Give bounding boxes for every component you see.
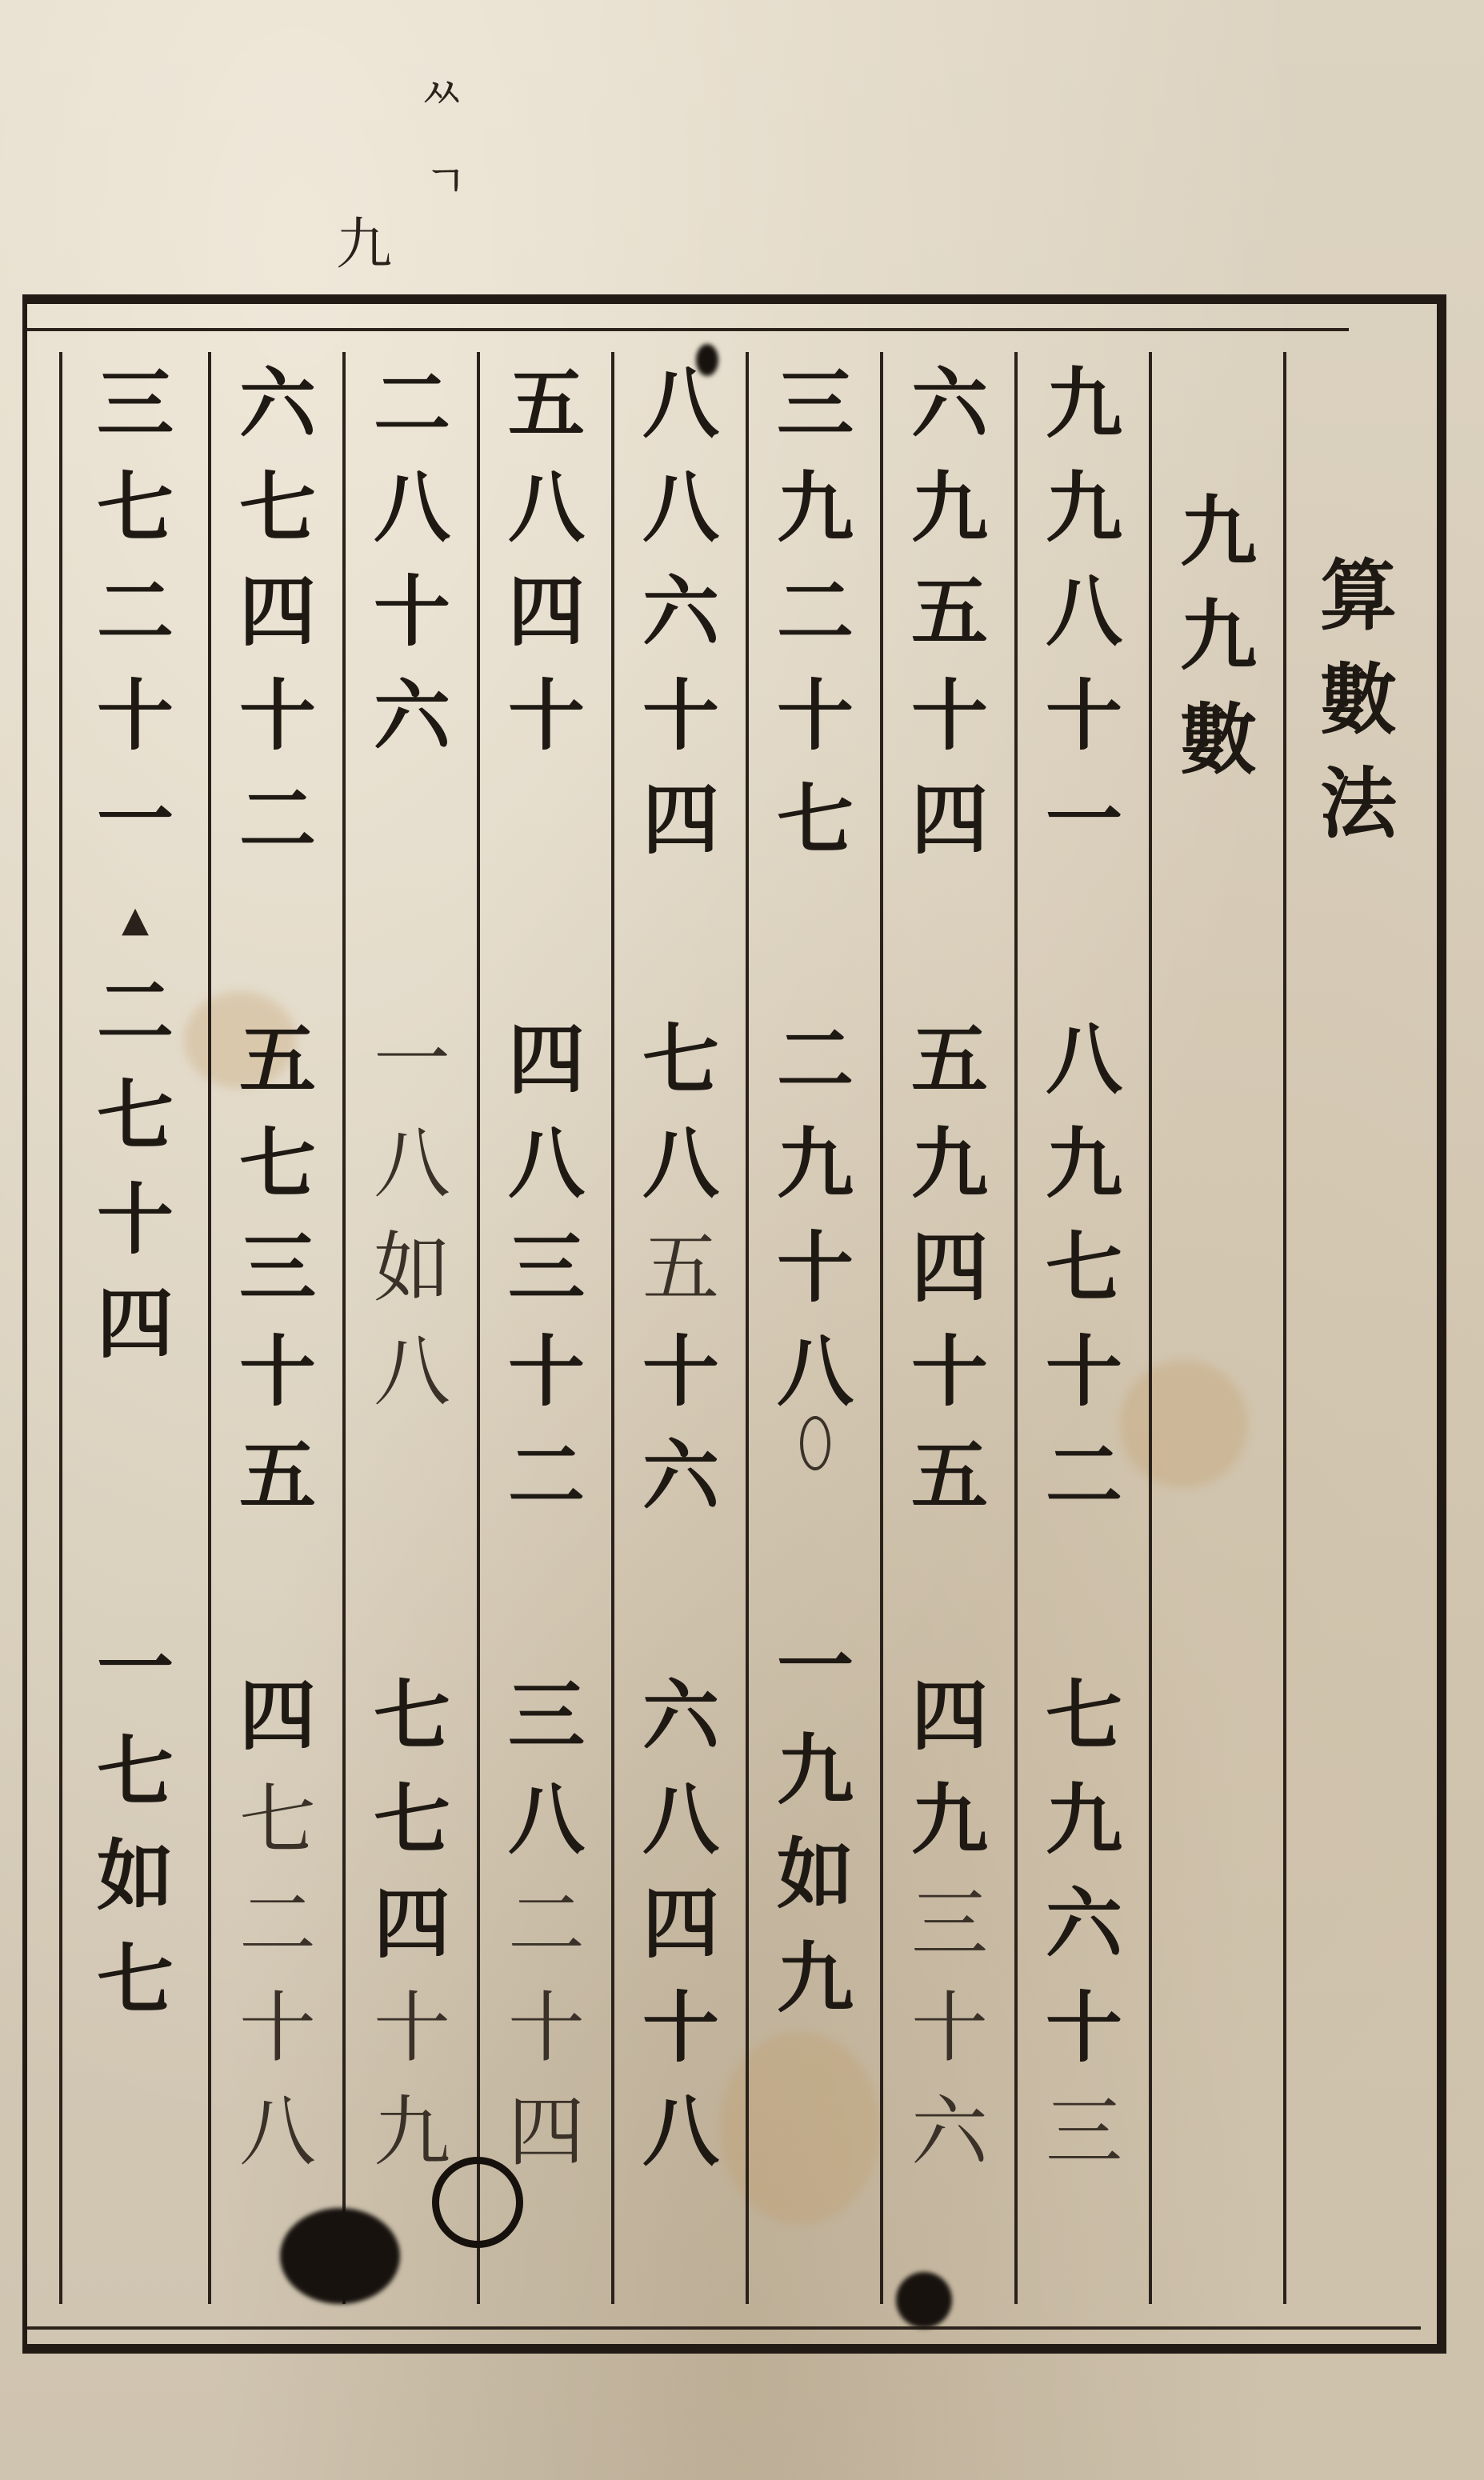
char: 九 [1024, 456, 1144, 560]
subtitle-column: 九 九 數 [1149, 352, 1285, 2304]
char: 十 [352, 560, 472, 664]
char: 四 [75, 1272, 195, 1376]
char: 十 [890, 1320, 1010, 1424]
char: 二 [486, 1424, 606, 1528]
char: 六 [621, 560, 741, 664]
char: 四 [218, 1664, 338, 1768]
entry-6x8: 六 八 四 十 八 [621, 1664, 741, 2184]
frame-inner-top-rule [27, 328, 1349, 331]
char: 十 [755, 664, 875, 768]
char: 四 [890, 1664, 1010, 1768]
char: 四 [486, 560, 606, 664]
char: 八 [621, 352, 741, 456]
char: 六 [1024, 1872, 1144, 1976]
char: 八 [621, 1768, 741, 1872]
char: 十 [218, 664, 338, 768]
frame-inner-bottom-rule [27, 2326, 1421, 2330]
char: 五 [890, 560, 1010, 664]
char: 七 [75, 1928, 195, 2032]
char: 十 [621, 1320, 741, 1424]
entry-8x9: 八 九 七 十 二 [1024, 1008, 1144, 1528]
char: 八 [352, 1320, 472, 1424]
char: 八 [1024, 560, 1144, 664]
char: 三 [1024, 2080, 1144, 2184]
char: 十 [486, 1976, 606, 2080]
char: 三 [755, 352, 875, 456]
char: 四 [352, 1872, 472, 1976]
char: 四 [218, 560, 338, 664]
entry-5x7: 五 七 三 十 五 [218, 1008, 338, 1528]
big-circle-mark [432, 2157, 523, 2248]
ink-blot [280, 2208, 400, 2304]
small-circle-mark [800, 1416, 830, 1470]
char: 九 [1024, 352, 1144, 456]
entry-1x7: 一 七 如 七 [75, 1616, 195, 2032]
char: 九 [755, 1926, 875, 2030]
char: 七 [218, 456, 338, 560]
char: 八 [352, 1112, 472, 1216]
char: 五 [890, 1008, 1010, 1112]
char: 九 [1024, 1112, 1144, 1216]
char: 八 [755, 1320, 875, 1424]
char: 七 [75, 1064, 195, 1168]
subtitle-char: 九 [1158, 480, 1278, 584]
char: 十 [621, 1976, 741, 2080]
table-column-4: 八 八 六 十 四 七 八 五 十 六 六 八 四 十 八 [611, 352, 747, 2304]
entry-2x7: 二 七 十 四 [75, 960, 195, 1376]
entry-4x8: 四 八 三 十 二 [486, 1008, 606, 1528]
table-column-7: 六 七 四 十 二 五 七 三 十 五 四 七 二 十 八 [208, 352, 344, 2304]
char: 七 [755, 768, 875, 872]
char: 十 [218, 1976, 338, 2080]
char: 九 [1024, 1768, 1144, 1872]
char: 五 [218, 1424, 338, 1528]
char: 六 [890, 2080, 1010, 2184]
char: 九 [755, 1718, 875, 1822]
char: 十 [890, 1976, 1010, 2080]
title-char: 數 [1298, 648, 1418, 752]
char: 十 [755, 1216, 875, 1320]
char: 十 [1024, 1320, 1144, 1424]
margin-note-3: 九 [336, 216, 392, 272]
entry-1x8: 一 八 如 八 [352, 1008, 472, 1424]
title-char: 算 [1298, 544, 1418, 648]
entry-3x8: 三 八 二 十 四 [486, 1664, 606, 2184]
ink-blot [696, 344, 718, 376]
char: 二 [755, 1008, 875, 1112]
char: 五 [486, 352, 606, 456]
char: 六 [218, 352, 338, 456]
table-column-8: 三 七 二 十 一 ▲ 二 七 十 四 一 七 如 七 [59, 352, 208, 2304]
table-column-5: 五 八 四 十 四 八 三 十 二 三 八 二 十 四 [477, 352, 613, 2304]
char: 八 [621, 2080, 741, 2184]
table-column-2: 六 九 五 十 四 五 九 四 十 五 四 九 三 十 六 [880, 352, 1016, 2304]
char: 如 [352, 1216, 472, 1320]
char: 二 [218, 1872, 338, 1976]
table-column-3: 三 九 二 十 七 二 九 十 八 一 九 如 九 [746, 352, 882, 2304]
char: 六 [621, 1424, 741, 1528]
subtitle-char: 九 [1158, 584, 1278, 688]
entry-7x8: 七 八 五 十 六 [621, 1008, 741, 1528]
entry-1x9: 一 九 如 九 [755, 1614, 875, 2030]
char: 四 [621, 768, 741, 872]
char: 二 [352, 352, 472, 456]
char: 四 [890, 1216, 1010, 1320]
entry-2x8: 二 八 十 六 [352, 352, 472, 768]
char: 一 [755, 1614, 875, 1718]
char: 五 [621, 1216, 741, 1320]
char: 八 [352, 456, 472, 560]
char: 十 [621, 664, 741, 768]
char: 二 [218, 768, 338, 872]
char: 二 [1024, 1424, 1144, 1528]
char: 九 [890, 1112, 1010, 1216]
entry-4x9: 四 九 三 十 六 [890, 1664, 1010, 2184]
char: 二 [75, 560, 195, 664]
char: 七 [1024, 1664, 1144, 1768]
char: 十 [1024, 1976, 1144, 2080]
char: 十 [486, 1320, 606, 1424]
char: 二 [755, 560, 875, 664]
char: 八 [218, 2080, 338, 2184]
char: 六 [352, 664, 472, 768]
char: 八 [621, 1112, 741, 1216]
char: 五 [890, 1424, 1010, 1528]
entry-4x7: 四 七 二 十 八 [218, 1664, 338, 2184]
table-column-1: 九 九 八 十 一 八 九 七 十 二 七 九 六 十 三 [1014, 352, 1150, 2304]
char: 一 [1024, 768, 1144, 872]
char: 十 [890, 664, 1010, 768]
entry-9x9: 九 九 八 十 一 [1024, 352, 1144, 872]
char: 十 [352, 1976, 472, 2080]
char: 七 [218, 1112, 338, 1216]
title-column: 算 數 法 [1283, 352, 1430, 2304]
char: 十 [486, 664, 606, 768]
entry-2x9: 二 九 十 八 [755, 1008, 875, 1470]
char: 七 [352, 1768, 472, 1872]
char: 一 [75, 1616, 195, 1720]
char: 八 [621, 456, 741, 560]
char: 九 [755, 1112, 875, 1216]
entry-5x8: 五 八 四 十 [486, 352, 606, 768]
margin-note-1: ㅆ [420, 72, 463, 117]
entry-3x9: 三 九 二 十 七 [755, 352, 875, 872]
entry-3x7: 三 七 二 十 一 [75, 352, 195, 872]
char: 八 [1024, 1008, 1144, 1112]
char: 一 [75, 768, 195, 872]
char: 九 [890, 456, 1010, 560]
char: 八 [486, 456, 606, 560]
char: 二 [486, 1872, 606, 1976]
char: 十 [75, 1168, 195, 1272]
char: 六 [890, 352, 1010, 456]
char: 三 [75, 352, 195, 456]
char: 三 [486, 1664, 606, 1768]
char: 七 [75, 1720, 195, 1824]
entry-5x9: 五 九 四 十 五 [890, 1008, 1010, 1528]
char: 四 [890, 768, 1010, 872]
char: 十 [218, 1320, 338, 1424]
subtitle-char: 數 [1158, 688, 1278, 792]
char: 如 [75, 1824, 195, 1928]
char: 七 [218, 1768, 338, 1872]
title-char: 法 [1298, 752, 1418, 856]
char: 六 [621, 1664, 741, 1768]
triangle-mark: ▲ [122, 896, 149, 944]
char: 七 [621, 1008, 741, 1112]
char: 十 [75, 664, 195, 768]
char: 八 [486, 1768, 606, 1872]
char: 如 [755, 1822, 875, 1926]
char: 五 [218, 1008, 338, 1112]
entry-7x7: 七 七 四 十 九 [352, 1664, 472, 2184]
char: 三 [486, 1216, 606, 1320]
page-frame: 算 數 法 九 九 數 九 九 八 十 一 八 九 七 十 二 七 九 六 [22, 294, 1446, 2354]
table-column-6: 二 八 十 六 一 八 如 八 七 七 四 十 九 [342, 352, 478, 2304]
char: 二 [75, 960, 195, 1064]
entry-6x9: 六 九 五 十 四 [890, 352, 1010, 872]
char: 四 [486, 1008, 606, 1112]
char: 三 [218, 1216, 338, 1320]
char: 七 [1024, 1216, 1144, 1320]
char: 十 [1024, 664, 1144, 768]
char: 九 [755, 456, 875, 560]
char: 七 [75, 456, 195, 560]
margin-note-2: ㄱ [424, 160, 467, 205]
entry-8x8: 八 八 六 十 四 [621, 352, 741, 872]
char: 四 [621, 1872, 741, 1976]
ink-blot [896, 2272, 952, 2328]
char: 一 [352, 1008, 472, 1112]
char: 九 [890, 1768, 1010, 1872]
char: 八 [486, 1112, 606, 1216]
entry-7x9: 七 九 六 十 三 [1024, 1664, 1144, 2184]
entry-6x7: 六 七 四 十 二 [218, 352, 338, 872]
char: 三 [890, 1872, 1010, 1976]
char: 七 [352, 1664, 472, 1768]
